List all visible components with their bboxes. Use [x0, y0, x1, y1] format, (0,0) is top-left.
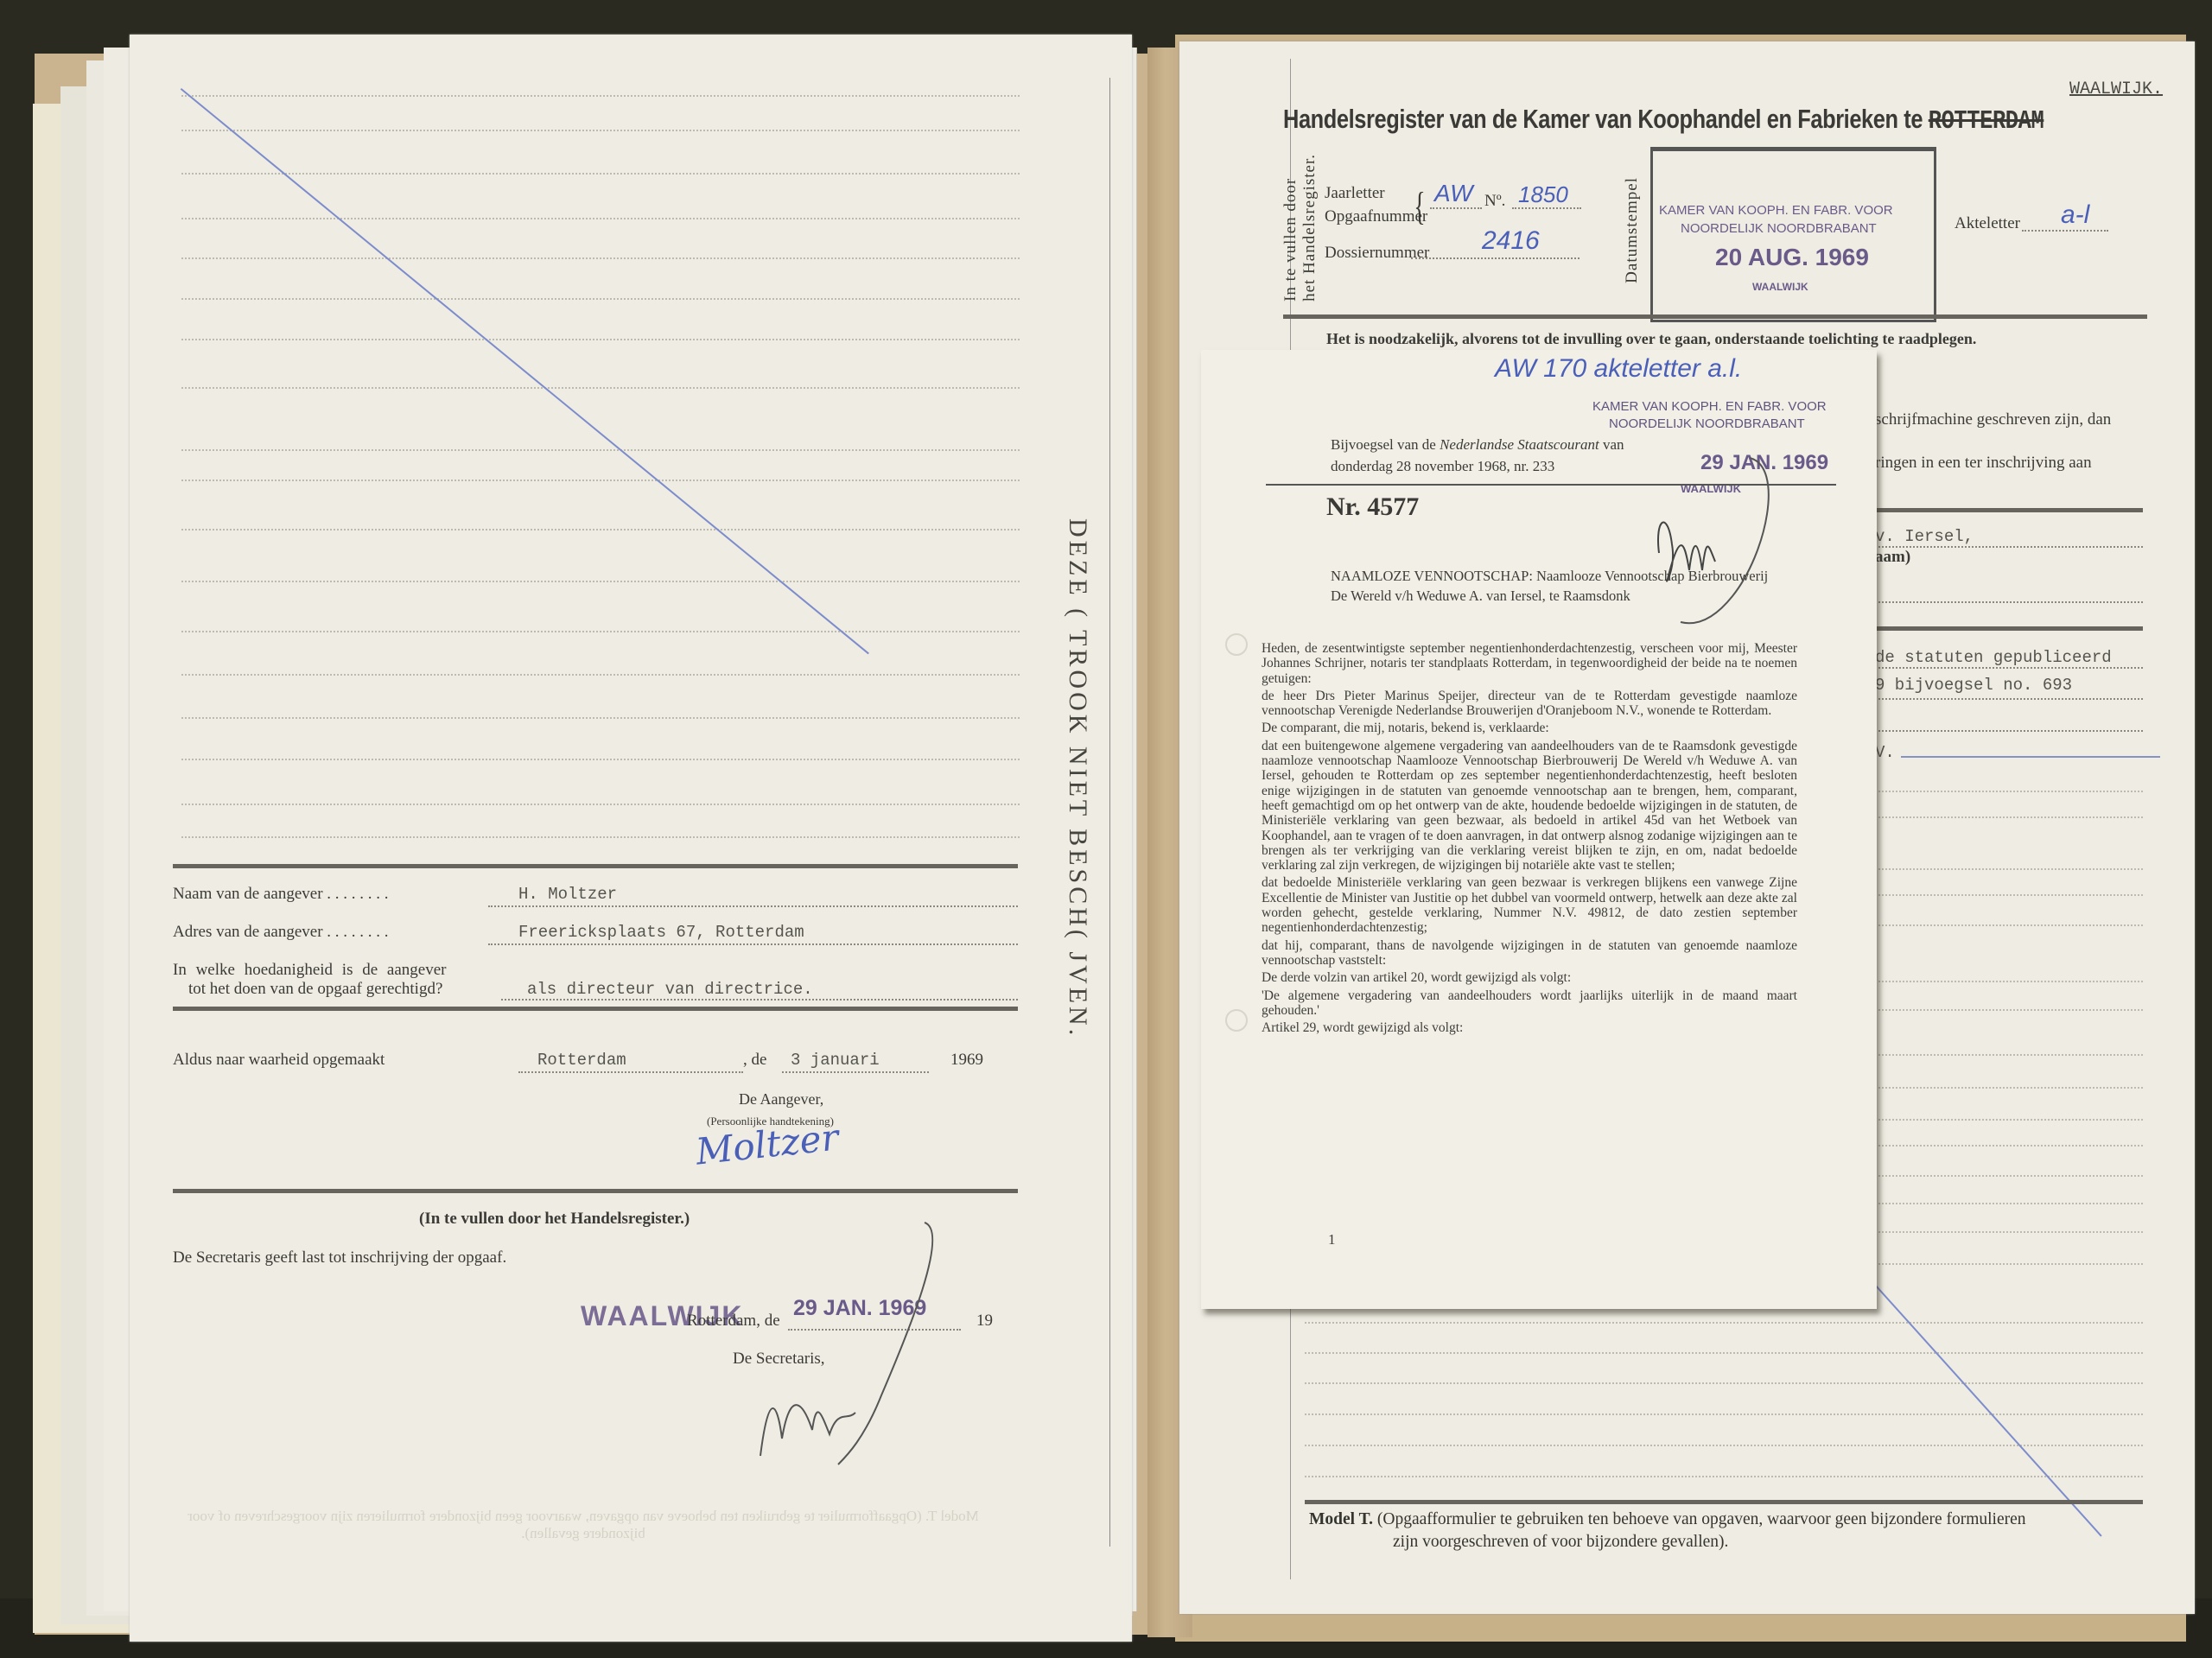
clipping-source-line1: Bijvoegsel van de Nederlandse Staatscour… [1331, 436, 1624, 454]
opgaafnummer-label: Opgaafnummer [1325, 207, 1427, 226]
clipping-stamp-line1: KAMER VAN KOOPH. EN FABR. VOOR [1592, 399, 1827, 414]
adres-value[interactable]: Freericksplaats 67, Rotterdam [518, 923, 804, 942]
naam-field-line [488, 905, 1018, 907]
divider [173, 1189, 1018, 1193]
model-note-line2: zijn voorgeschreven of voor bijzondere g… [1393, 1533, 1728, 1552]
hoedanigheid-label-2: tot het doen van de opgaaf gerechtigd? [188, 980, 442, 999]
naam-value[interactable]: H. Moltzer [518, 885, 617, 904]
clipping-paragraph: Artikel 29, wordt gewijzigd als volgt: [1262, 1020, 1797, 1035]
field-line [1875, 546, 2143, 548]
clipping-handwritten-note: AW 170 akteletter a.l. [1495, 354, 1742, 384]
date-stamp-place: WAALWIJK [1752, 281, 1808, 293]
clipping-heading: NAAMLOZE VENNOOTSCHAP: Naamlooze Vennoot… [1331, 566, 1771, 606]
hoedanigheid-label-1: In welke hoedanigheid is de aangever [173, 961, 446, 980]
model-note-line1: (Opgaafformulier te gebruiken ten behoev… [1377, 1510, 2026, 1528]
clipping-paragraph: De comparant, die mij, notaris, bekend i… [1262, 721, 1797, 735]
model-note-label: Model T. [1309, 1510, 1373, 1528]
partial-line-2: ringen in een ter inschrijving aan [1875, 454, 2092, 473]
partial-line-7: V. [1875, 743, 1895, 762]
adres-field-line [488, 943, 1018, 945]
aldus-place[interactable]: Rotterdam [537, 1051, 626, 1070]
secretaris-signature-icon [752, 1214, 959, 1473]
jaarletter-line [1430, 207, 1482, 209]
partial-line-1: schrijfmachine geschreven zijn, dan [1875, 410, 2111, 429]
jaarletter-label: Jaarletter [1325, 184, 1385, 203]
aldus-year: 1969 [950, 1051, 983, 1070]
source-post: van [1599, 436, 1624, 453]
waalwijk-typed: WAALWIJK. [2069, 79, 2163, 99]
clipping-paragraph: De derde volzin van artikel 20, wordt ge… [1262, 970, 1797, 985]
register-instruction: De Secretaris geeft last tot inschrijvin… [173, 1248, 506, 1267]
hoedanigheid-field-line [501, 999, 1018, 1001]
divider [1875, 626, 2143, 631]
ink-stroke [1901, 756, 2160, 758]
clipping-paragraph: Heden, de zesentwintigste september nege… [1262, 641, 1797, 686]
date-stamp-line1: KAMER VAN KOOPH. EN FABR. VOOR [1659, 203, 1893, 218]
clipping-paragraph: dat hij, comparant, thans de navolgende … [1262, 938, 1797, 969]
divider [173, 864, 1018, 868]
divider [1283, 314, 2147, 319]
jaarletter-value[interactable]: AW [1434, 180, 1473, 207]
aldus-place-line [518, 1071, 743, 1073]
partial-line-3: v. Iersel, [1875, 527, 1974, 546]
title-text: Handelsregister van de Kamer van Koophan… [1283, 104, 1923, 134]
clipping-number: Nr. 4577 [1326, 492, 1419, 522]
form-title: Handelsregister van de Kamer van Koophan… [1283, 104, 2044, 137]
field-line [1875, 698, 2143, 700]
bleed-through-footer: Model T. (Opgaafformulier te gebruiken t… [173, 1508, 994, 1542]
emboss-seal-icon [1225, 633, 1248, 656]
dossiernummer-label: Dossiernummer [1325, 244, 1429, 263]
clipping-paragraph: 'De algemene vergadering van aandeelhoud… [1262, 988, 1797, 1019]
aldus-date[interactable]: 3 januari [791, 1051, 880, 1070]
naam-label: Naam van de aangever . . . . . . . . [173, 885, 389, 904]
no-label: Nº. [1484, 192, 1505, 211]
divider [1305, 1500, 2143, 1504]
field-line [1875, 601, 2143, 603]
brace: { [1414, 183, 1425, 229]
side-label-line2: het Handelsregister. [1300, 154, 1319, 302]
clipping-page-number: 1 [1328, 1231, 1336, 1248]
model-note: Model T. (Opgaafformulier te gebruiken t… [1309, 1510, 2026, 1529]
side-label-line1: In te vullen door [1281, 178, 1300, 302]
field-line [1875, 667, 2143, 669]
partial-line-6: 9 bijvoegsel no. 693 [1875, 676, 2072, 695]
clipping-paragraph: dat een buitengewone algemene vergaderin… [1262, 739, 1797, 873]
source-pre: Bijvoegsel van de [1331, 436, 1440, 453]
aldus-label: Aldus naar waarheid opgemaakt [173, 1051, 385, 1070]
field-line [1875, 730, 2143, 732]
instruction-line: Het is noodzakelijk, alvorens tot de inv… [1326, 330, 1976, 348]
akteletter-value[interactable]: a-l [2061, 200, 2089, 230]
printed-year: 19 [976, 1312, 993, 1331]
aldus-date-line [782, 1071, 929, 1073]
divider [1875, 508, 2143, 512]
source-italic: Nederlandse Staatscourant [1440, 436, 1599, 453]
opgaafnummer-value[interactable]: 1850 [1518, 181, 1568, 208]
clipping-paragraph: dat bedoelde Ministeriële verklaring van… [1262, 875, 1797, 935]
adres-label: Adres van de aangever . . . . . . . . [173, 923, 389, 942]
aldus-de: , de [743, 1051, 766, 1070]
dossiernummer-line [1411, 257, 1580, 259]
divider [173, 1007, 1018, 1011]
partial-line-5: de statuten gepubliceerd [1875, 648, 2112, 667]
hoedanigheid-value[interactable]: als directeur van directrice. [527, 980, 813, 999]
partial-line-4: aam) [1875, 548, 1910, 567]
clipping-source-line2: donderdag 28 november 1968, nr. 233 [1331, 458, 1554, 475]
datumstempel-label: Datumstempel [1623, 177, 1642, 283]
aangever-title: De Aangever, [739, 1090, 823, 1109]
register-heading: (In te vullen door het Handelsregister.) [419, 1210, 690, 1229]
emboss-seal-icon [1225, 1009, 1248, 1032]
date-stamp-line2: NOORDELIJK NOORDBRABANT [1681, 221, 1877, 236]
clipping-stamp-line2: NOORDELIJK NOORDBRABANT [1609, 416, 1805, 431]
clipping-paragraph: de heer Drs Pieter Marinus Speijer, dire… [1262, 689, 1797, 719]
dossiernummer-value[interactable]: 2416 [1482, 226, 1540, 256]
akteletter-label: Akteletter [1955, 214, 2020, 233]
clipping-body: Heden, de zesentwintigste september nege… [1262, 641, 1797, 1038]
akteletter-line [2022, 230, 2108, 232]
date-stamp-date: 20 AUG. 1969 [1715, 244, 1869, 271]
title-struck-city: ROTTERDAM [1929, 106, 2044, 137]
vertical-warning: DEZE ( TROOK NIET BESCH( JVEN. [1063, 518, 1092, 1039]
left-form-page [130, 35, 1132, 1642]
side-label: In te vullen door het Handelsregister. [1281, 154, 1319, 302]
